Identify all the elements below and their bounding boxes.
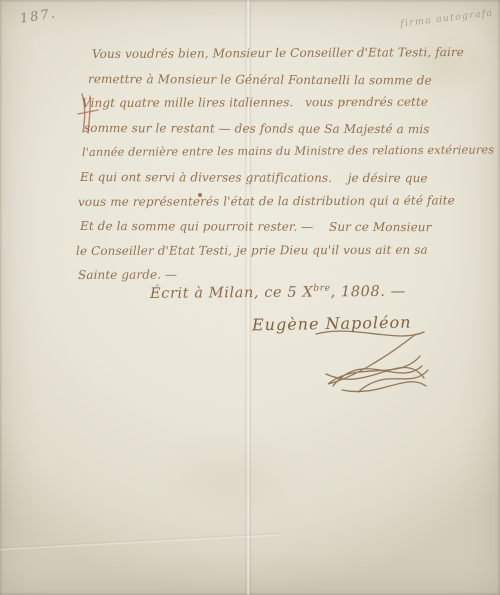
letter-line: Vous voudrés bien, Monsieur le Conseille… [92, 40, 484, 67]
letter-line: Et qui ont servi à diverses gratificatio… [80, 165, 484, 191]
letter-line: Vingt quatre mille lires italiennes. vou… [82, 90, 484, 116]
manuscript-photo: 187. firma autografa Vous voudrés bien, … [0, 0, 500, 595]
letter-line: l'année dernière entre les mains du Mini… [82, 138, 484, 165]
paper-stain [150, 430, 310, 520]
dateline-year: , 1808. — [330, 284, 405, 301]
dateline: Écrit à Milan, ce 5 Xbre, 1808. — [150, 283, 406, 302]
dateline-text: Écrit à Milan, ce 5 X [150, 285, 313, 302]
signature-flourish [298, 326, 438, 398]
letter-line: le Conseiller d'Etat Testi, je prie Dieu… [76, 237, 484, 263]
letter-body: Vous voudrés bien, Monsieur le Conseille… [78, 42, 484, 288]
letter-line: vous me représenterés l'état de la distr… [78, 188, 484, 214]
dateline-superscript: bre [313, 284, 330, 294]
letter-line: Et de la somme qui pourroit rester. — Su… [80, 214, 484, 240]
ink-correction-strokes [76, 90, 110, 136]
